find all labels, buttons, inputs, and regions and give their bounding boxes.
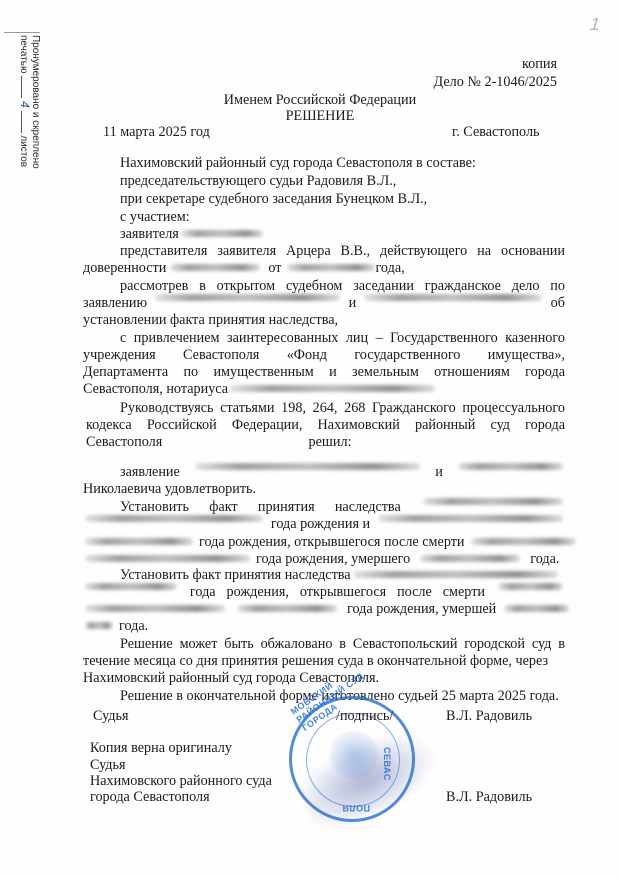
legal-basis-line-2: кодексаРоссийскойФедерации,Нахимовскийра… (86, 417, 565, 433)
document-page: Пронумеровано и скреплено печатью 4 лист… (0, 0, 620, 877)
notary-line: Севастополя, нотариуса (83, 381, 437, 397)
applicant-line: заявителя (120, 226, 265, 242)
participation-label: с участием: (120, 209, 190, 225)
case-review-line: рассмотреввоткрытомсудебномзаседанииграж… (120, 278, 565, 294)
judge-label: Судья (93, 708, 129, 724)
preamble: Именем Российской Федерации (0, 92, 620, 108)
redacted-date (420, 555, 520, 562)
redacted-name (353, 571, 558, 578)
subject-line: установлении факта принятия наследства, (83, 312, 338, 328)
redacted-date (237, 605, 337, 612)
judge-name-2: В.Л. Радовиль (446, 789, 532, 805)
representative-line: представителязаявителяАрцераВ.В.,действу… (120, 243, 565, 259)
decision-line-8: годарождения,открывшегосяпослесмерти (83, 584, 565, 600)
redacted-date (287, 264, 375, 271)
decision-heading: решил: (0, 434, 620, 450)
coat-of-arms-icon (328, 729, 380, 781)
decision-line-10: года. (83, 618, 148, 634)
seal-right-text: СЕВАС (382, 747, 392, 781)
margin-rule (4, 32, 40, 33)
redacted-name (423, 498, 563, 505)
judge-name: В.Л. Радовиль (446, 708, 532, 724)
interested-parties-line-3: Департаментапоимущественнымиземельнымотн… (83, 364, 565, 380)
redacted-date (85, 583, 177, 590)
legal-basis-line-1: Руководствуясьстатьями198,264,268Граждан… (120, 400, 565, 416)
binding-note-post: листов (18, 135, 29, 167)
power-of-attorney-line: доверенностиотгода, (83, 260, 405, 276)
redacted-name (498, 583, 563, 590)
redacted-date (504, 605, 569, 612)
redacted-name-date (85, 515, 263, 522)
city: г. Севастополь (452, 124, 540, 140)
handwritten-page-number: 1 (587, 14, 603, 35)
redacted-name (471, 538, 576, 545)
redacted-year (85, 622, 113, 629)
judge-label-2: Судья (90, 757, 126, 773)
redacted-notary (230, 385, 435, 392)
seal-bottom-text: ПОЛЯ (342, 803, 370, 813)
decision-line-5: года рождения, открывшегося после смерти (83, 534, 578, 550)
binding-note-pre: печатью (18, 35, 29, 74)
redacted-applicant-1 (155, 294, 340, 301)
presiding-judge: председательствующего судьи Радовиля В.Л… (120, 173, 396, 189)
decision-line-9: года рождения, умершей (83, 601, 571, 617)
redacted-applicant-2 (458, 463, 563, 470)
redacted-name (378, 515, 563, 522)
court-name-line-1: Нахимовского районного суда (90, 773, 272, 789)
redacted-name (85, 605, 225, 612)
court-name-line-2: города Севастополя (90, 789, 210, 805)
signature-mark: /подпись/ (336, 708, 393, 724)
copy-label: копия (522, 56, 557, 72)
decision-line-2: Николаевича удовлетворить. (83, 481, 256, 497)
interested-parties-line-2: учрежденияСевастополя«Фондгосударственно… (83, 347, 565, 363)
appeal-line-2: течение месяца со дня принятия решения с… (83, 653, 548, 669)
decision-line-3: Установитьфактпринятиянаследства (120, 499, 565, 515)
redacted-number (170, 264, 260, 271)
redacted-applicant-2 (364, 294, 542, 301)
copy-certified: Копия верна оригиналу (90, 740, 232, 756)
case-number: Дело № 2-1046/2025 (434, 74, 557, 90)
redacted-date (85, 538, 193, 545)
appeal-line-1: РешениеможетбытьобжаловановСевастопольск… (120, 636, 565, 652)
redacted-applicant-1 (195, 463, 420, 470)
decision-line-6: года рождения, умершегогода. (83, 551, 559, 567)
secretary: при секретаре судебного заседания Бунецк… (120, 191, 427, 207)
decision-date: 11 марта 2025 год (103, 124, 210, 140)
decision-line-4: года рождения и (83, 516, 565, 532)
court-composition: Нахимовский районный суд города Севастоп… (120, 155, 476, 171)
document-title: РЕШЕНИЕ (0, 108, 620, 124)
decision-line-7: Установить факт принятия наследства (120, 567, 560, 583)
decision-line-1: заявлениеи (120, 464, 565, 480)
redacted-name (181, 230, 263, 237)
interested-parties-line-1: спривлечениемзаинтересованныхлиц–Государ… (120, 330, 565, 346)
binding-note: Пронумеровано и скреплено печатью 4 лист… (4, 32, 44, 222)
application-line: заявлениюиоб (83, 295, 565, 311)
redacted-name-date (85, 555, 250, 562)
